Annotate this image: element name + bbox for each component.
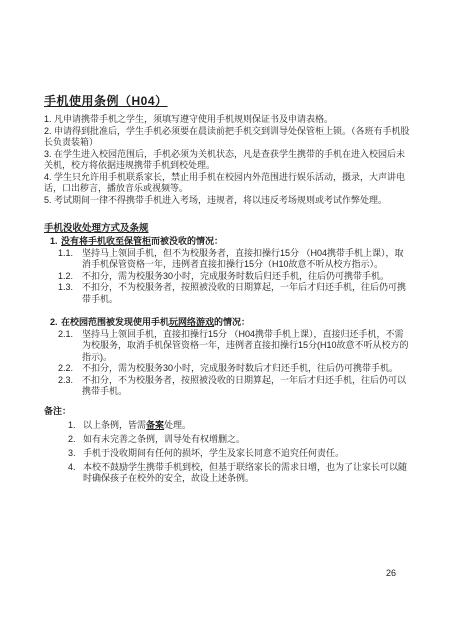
sub-item-text: 不扣分，需为校服务30小时，完成服务时数后才归还手机，往后仍可携带手机。 <box>82 363 412 375</box>
note-1-post: 处理。 <box>164 420 191 430</box>
page-title: 手机使用条例（H04） <box>44 92 168 109</box>
sub-item-number: 2.1. <box>58 329 82 364</box>
case-2-title-text: 在校园范围被发现使用手机玩网络游戏的情况： <box>61 317 250 329</box>
note-text: 本校不鼓励学生携带手机到校，但基于联络家长的需求日增，也为了让家长可以随时确保孩… <box>83 462 412 485</box>
section-heading: 手机没收处理方式及条规 <box>44 220 149 234</box>
confiscation-section: 手机没收处理方式及条规 1. 没有将手机收至保管柜而被没收的情况： 1.1. 坚… <box>44 206 412 398</box>
sub-item-text: 不扣分，需为校服务30小时，完成服务时数后归还手机，往后仍可携带手机。 <box>82 271 412 283</box>
document-page: 手机使用条例（H04） 1. 凡申请携带手机之学生，须填写遵守使用手机规则保证书… <box>0 0 452 640</box>
intro-rule-4: 4. 学生只允许用手机联系家长，禁止用手机在校园内外范围进行娱乐活动，摄录，大声… <box>44 172 412 195</box>
note-1-pre: 以上条例，皆需 <box>83 420 146 430</box>
note-number: 2. <box>68 434 83 446</box>
intro-rule-5: 5. 考试期间一律不得携带手机进入考场，违规者，将以违反考场规则或考试作弊处理。 <box>44 195 412 207</box>
note-text: 手机于没收期间有任何的损坏，学生及家长同意不追究任何责任。 <box>83 448 412 460</box>
case-1-item-2: 1.2. 不扣分，需为校服务30小时，完成服务时数后归还手机，往后仍可携带手机。 <box>44 271 412 283</box>
case-2-item-2: 2.2. 不扣分，需为校服务30小时，完成服务时数后才归还手机，往后仍可携带手机… <box>44 363 412 375</box>
intro-rule-2: 2. 申请得到批准后，学生手机必须要在晨读前把手机交到训导处保管柜上锁。（各班有… <box>44 126 412 149</box>
case-2-title-rest: 的情况： <box>214 317 250 327</box>
doc-title-row: 手机使用条例（H04） <box>44 92 412 114</box>
case-2-item-1: 2.1. 坚持马上领回手机，直接扣操行15分 （H04携带手机上课），直接归还手… <box>44 329 412 364</box>
sub-item-number: 1.3. <box>58 282 82 305</box>
sub-item-text: 不扣分，不为校服务者，按照被没收的日期算起，一年后才归还手机，往后仍可携带手机。 <box>82 282 412 305</box>
case-1-title-rest: 而被没收的情况： <box>151 236 223 246</box>
case-1-title: 1. 没有将手机收至保管柜而被没收的情况： <box>44 236 412 248</box>
case-2-item-3: 2.3. 不扣分，不为校服务者，按照被没收的日期算起，一年后才归还手机，往后仍可… <box>44 375 412 398</box>
sub-item-number: 2.3. <box>58 375 82 398</box>
page-number: 26 <box>386 568 396 578</box>
case-1: 1. 没有将手机收至保管柜而被没收的情况： 1.1. 坚持马上领回手机，但不为校… <box>44 236 412 305</box>
sub-item-number: 2.2. <box>58 363 82 375</box>
sub-item-number: 1.2. <box>58 271 82 283</box>
note-text: 以上条例，皆需备案处理。 <box>83 420 412 432</box>
intro-rule-1: 1. 凡申请携带手机之学生，须填写遵守使用手机规则保证书及申请表格。 <box>44 114 412 126</box>
case-1-title-underlined: 没有将手机收至保管柜 <box>61 236 151 246</box>
case-1-title-text: 没有将手机收至保管柜而被没收的情况： <box>61 236 223 248</box>
case-2: 2. 在校园范围被发现使用手机玩网络游戏的情况： 2.1. 坚持马上领回手机，直… <box>44 317 412 398</box>
case-1-item-3: 1.3. 不扣分，不为校服务者，按照被没收的日期算起，一年后才归还手机，往后仍可… <box>44 282 412 305</box>
note-number: 1. <box>68 420 83 432</box>
notes-heading: 备注： <box>44 406 412 418</box>
note-1-emphasis: 备案 <box>146 420 164 430</box>
case-2-title-underlined: 玩网络游戏 <box>169 317 214 327</box>
case-2-number: 2. <box>50 317 61 329</box>
note-1: 1. 以上条例，皆需备案处理。 <box>44 420 412 432</box>
notes-section: 备注： 1. 以上条例，皆需备案处理。 2. 如有未完善之条例，训导处有权增删之… <box>44 406 412 485</box>
case-1-item-1: 1.1. 坚持马上领回手机，但不为校服务者，直接扣操行15分 （H04携带手机上… <box>44 248 412 271</box>
note-number: 4. <box>68 462 83 485</box>
case-1-number: 1. <box>50 236 61 248</box>
sub-item-number: 1.1. <box>58 248 82 271</box>
note-text: 如有未完善之条例，训导处有权增删之。 <box>83 434 412 446</box>
case-2-title: 2. 在校园范围被发现使用手机玩网络游戏的情况： <box>44 317 412 329</box>
note-4: 4. 本校不鼓励学生携带手机到校，但基于联络家长的需求日增，也为了让家长可以随时… <box>44 462 412 485</box>
sub-item-text: 坚持马上领回手机，但不为校服务者，直接扣操行15分 （H04携带手机上课），取消… <box>82 248 412 271</box>
sub-item-text: 不扣分，不为校服务者，按照被没收的日期算起，一年后才归还手机，往后仍可以携带手机… <box>82 375 412 398</box>
sub-item-text: 坚持马上领回手机，直接扣操行15分 （H04携带手机上课），直接归还手机，不需为… <box>82 329 412 364</box>
intro-rules: 1. 凡申请携带手机之学生，须填写遵守使用手机规则保证书及申请表格。 2. 申请… <box>44 114 412 206</box>
note-number: 3. <box>68 448 83 460</box>
case-2-title-prefix: 在校园范围被发现使用手机 <box>61 317 169 327</box>
note-2: 2. 如有未完善之条例，训导处有权增删之。 <box>44 434 412 446</box>
intro-rule-3: 3. 在学生进入校园范围后，手机必须为关机状态，凡是查获学生携带的手机在进入校园… <box>44 149 412 172</box>
note-3: 3. 手机于没收期间有任何的损坏，学生及家长同意不追究任何责任。 <box>44 448 412 460</box>
